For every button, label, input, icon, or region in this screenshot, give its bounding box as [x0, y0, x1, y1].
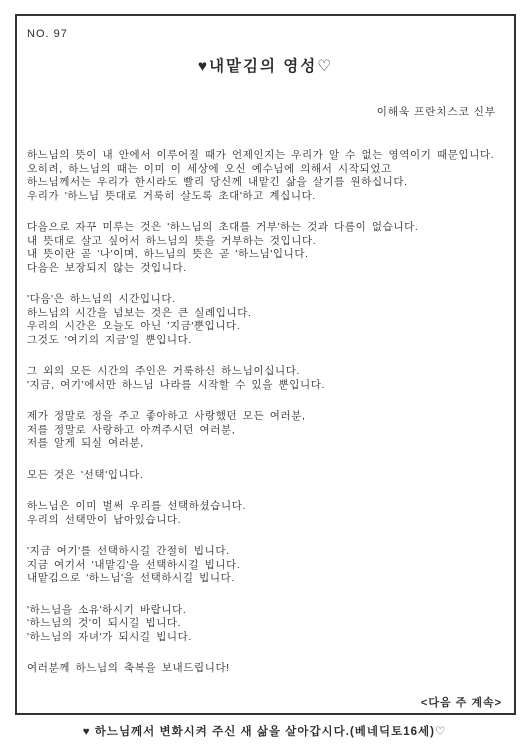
document-title: ♥내맡김의 영성♡ [27, 54, 504, 76]
document-number: NO. 97 [27, 28, 504, 40]
paragraph: 그 외의 모든 시간의 주인은 거룩하신 하느님이십니다. '지금, 여기'에서… [27, 365, 504, 392]
footer-quote: ♥ 하느님께서 변화시켜 주신 새 삶을 살아갑시다.(베네딕토16세)♡ [0, 723, 529, 739]
paragraph: 다음으로 자꾸 미루는 것은 '하느님의 초대를 거부'하는 것과 다름이 없습… [27, 221, 504, 275]
paragraph: 여러분께 하느님의 축복을 보내드립니다! [27, 662, 504, 676]
document-body: 하느님의 뜻이 내 안에서 이루어질 때가 언제인지는 우리가 알 수 없는 영… [27, 149, 504, 676]
paragraph: 제가 정말로 정을 주고 좋아하고 사랑했던 모든 여러분, 저를 정말로 사랑… [27, 410, 504, 451]
paragraph: '하느님을 소유'하시기 바랍니다. '하느님의 것'이 되시길 빕니다. '하… [27, 604, 504, 645]
paragraph: '다음'은 하느님의 시간입니다. 하느님의 시간을 넘보는 것은 큰 실례입니… [27, 293, 504, 347]
paragraph: 하느님의 뜻이 내 안에서 이루어질 때가 언제인지는 우리가 알 수 없는 영… [27, 149, 504, 203]
continuation-note: <다음 주 계속> [27, 694, 504, 710]
paragraph: 하느님은 이미 벌써 우리를 선택하셨습니다. 우리의 선택만이 남아있습니다. [27, 500, 504, 527]
paragraph: '지금 여기'를 선택하시길 간절히 빕니다. 지금 여기서 '내맡김'을 선택… [27, 545, 504, 586]
paragraph: 모든 것은 '선택'입니다. [27, 469, 504, 483]
document-sheet: NO. 97 ♥내맡김의 영성♡ 이해욱 프란치스코 신부 하느님의 뜻이 내 … [15, 14, 516, 715]
document-author: 이해욱 프란치스코 신부 [27, 104, 504, 119]
